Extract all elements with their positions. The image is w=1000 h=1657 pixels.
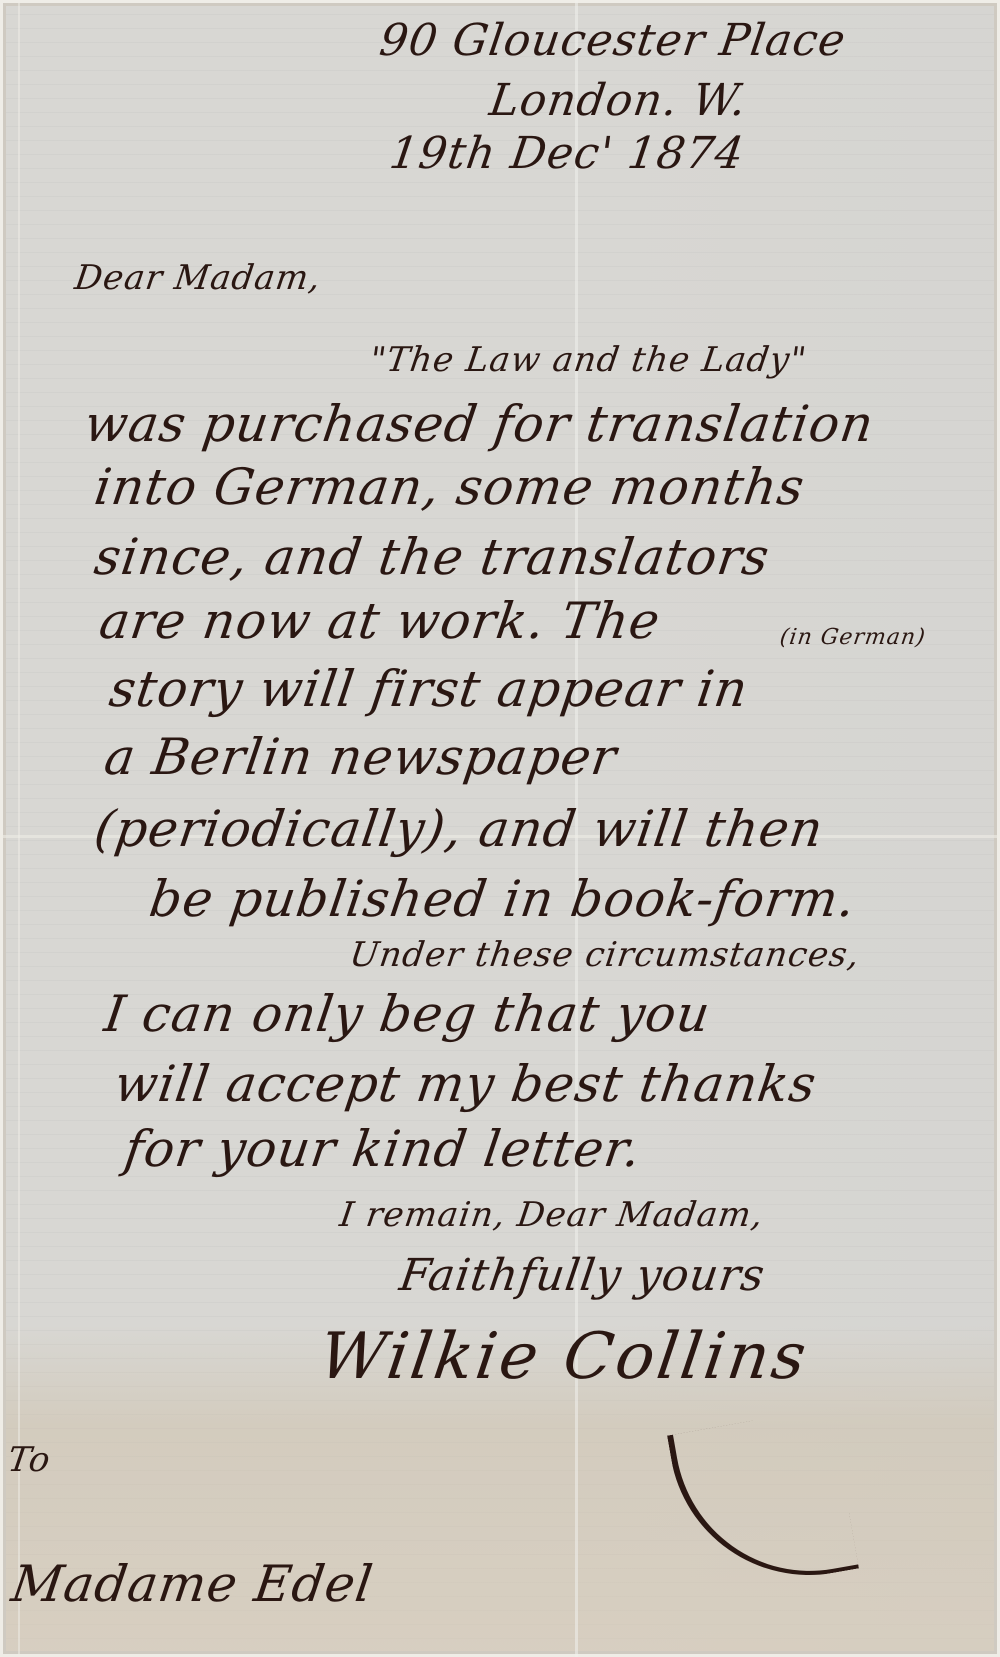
address-line-2: London. W. [486,75,750,126]
addressee-label: To [5,1440,53,1480]
left-fold-line [18,0,20,1657]
body-line-2: was purchased for translation [81,395,878,453]
body-line-5: are now at work. The [96,592,664,650]
body-line-6: story will first appear in [106,660,752,718]
body-line-12: will accept my best thanks [111,1055,820,1113]
body-line-4: since, and the translators [91,528,773,586]
closing-line-1: I remain, Dear Madam, [337,1195,766,1235]
letter-date: 19th Dec' 1874 [386,128,747,179]
body-line-10: Under these circumstances, [347,935,862,975]
addressee-name: Madame Edel [8,1555,377,1613]
insertion-in-german: (in German) [778,625,927,650]
body-line-7: a Berlin newspaper [101,728,621,786]
letter-paper: 90 Gloucester Place London. W. 19th Dec'… [0,0,1000,1657]
body-line-8: (periodically), and will then [91,800,827,858]
signature: Wilkie Collins [315,1320,813,1394]
address-line-1: 90 Gloucester Place [376,15,849,66]
closing-line-2: Faithfully yours [396,1250,768,1301]
signature-flourish [667,1407,859,1597]
salutation: Dear Madam, [72,258,324,298]
body-line-13: for your kind letter. [121,1120,645,1178]
body-line-11: I can only beg that you [101,985,714,1043]
body-line-9: be published in book-form. [146,870,860,928]
body-line-3: into German, some months [91,458,808,516]
body-line-1: "The Law and the Lady" [367,340,809,380]
